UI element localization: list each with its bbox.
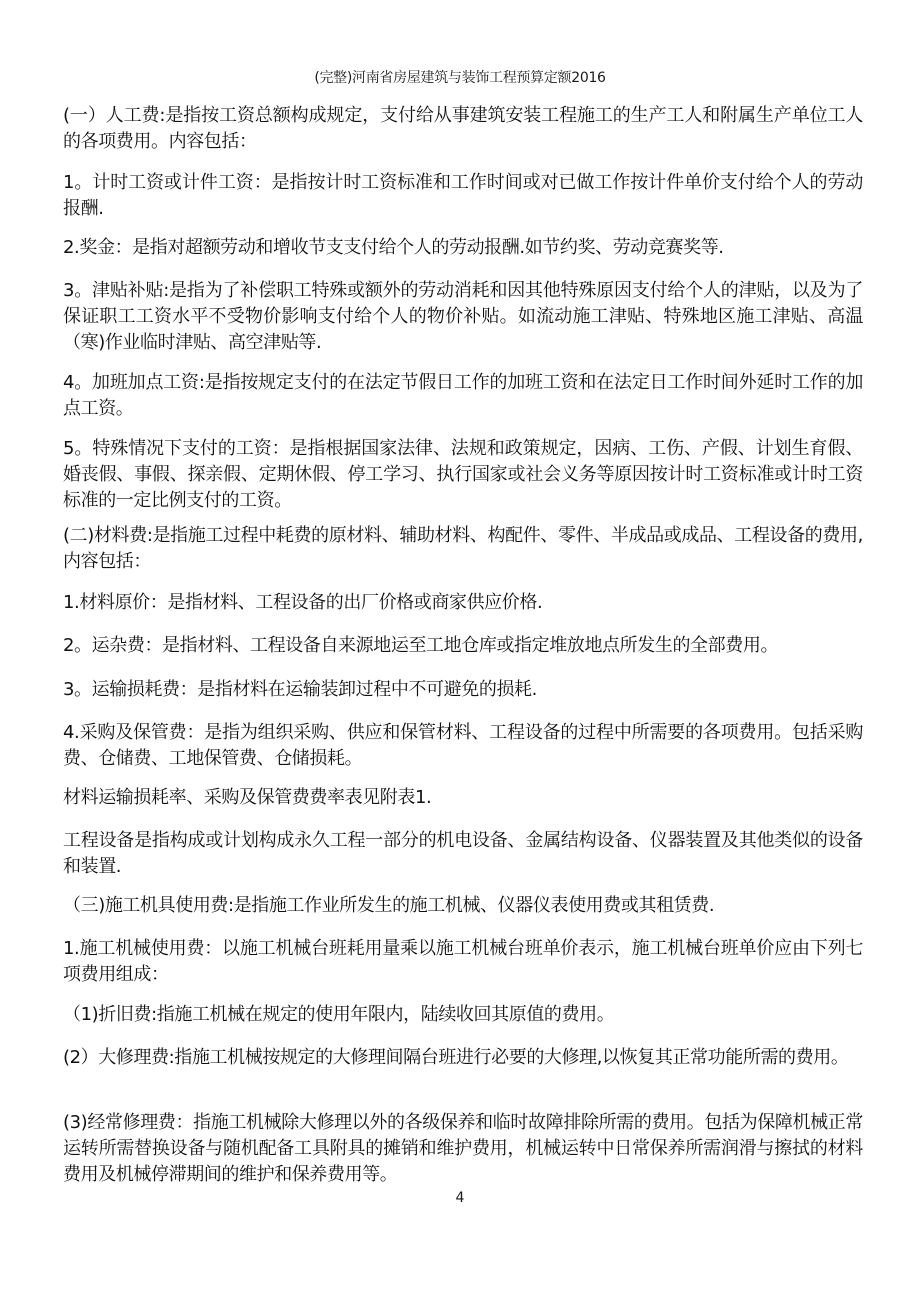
paragraph-material-2: 2。运杂费：是指材料、工程设备自来源地运至工地仓库或指定堆放地点所发生的全部费用… <box>63 633 863 659</box>
paragraph-material-3: 3。运输损耗费：是指材料在运输装卸过程中不可避免的损耗. <box>63 677 863 703</box>
page-header-title: (完整)河南省房屋建筑与装饰工程预算定额2016 <box>0 68 920 88</box>
page-number: 4 <box>0 1189 920 1207</box>
paragraph-material-note-2: 工程设备是指构成或计划构成永久工程一部分的机电设备、金属结构设备、仪器装置及其他… <box>63 828 863 880</box>
paragraph-machinery-1-1: （1)折旧费:指施工机械在规定的使用年限内，陆续收回其原值的费用。 <box>63 1002 863 1028</box>
paragraph-machinery-1: 1.施工机械使用费：以施工机械台班耗用量乘以施工机械台班单价表示，施工机械台班单… <box>63 936 863 988</box>
paragraph-machinery-cost: （三)施工机具使用费:是指施工作业所发生的施工机械、仪器仪表使用费或其租赁费. <box>63 893 863 919</box>
paragraph-material-4: 4.采购及保管费：是指为组织采购、供应和保管材料、工程设备的过程中所需要的各项费… <box>63 720 863 772</box>
paragraph-labor-2: 2.奖金：是指对超额劳动和增收节支支付给个人的劳动报酬.如节约奖、劳动竞赛奖等. <box>63 235 863 261</box>
paragraph-labor-4: 4。加班加点工资:是指按规定支付的在法定节假日工作的加班工资和在法定日工作时间外… <box>63 370 863 422</box>
paragraph-machinery-1-3: (3)经常修理费：指施工机械除大修理以外的各级保养和临时故障排除所需的费用。包括… <box>63 1110 863 1188</box>
paragraph-labor-5: 5。特殊情况下支付的工资：是指根据国家法律、法规和政策规定，因病、工伤、产假、计… <box>63 436 863 514</box>
paragraph-labor-1: 1。计时工资或计件工资：是指按计时工资标准和工作时间或对已做工作按计件单价支付给… <box>63 170 863 222</box>
paragraph-material-cost: (二)材料费:是指施工过程中耗费的原材料、辅助材料、构配件、零件、半成品或成品、… <box>63 523 863 575</box>
paragraph-material-1: 1.材料原价：是指材料、工程设备的出厂价格或商家供应价格. <box>63 590 863 616</box>
paragraph-labor-3: 3。津贴补贴:是指为了补偿职工特殊或额外的劳动消耗和因其他特殊原因支付给个人的津… <box>63 278 863 356</box>
paragraph-machinery-1-2: (2）大修理费:指施工机械按规定的大修理间隔台班进行必要的大修理,以恢复其正常功… <box>63 1045 863 1071</box>
paragraph-labor-cost: (一）人工费:是指按工资总额构成规定，支付给从事建筑安装工程施工的生产工人和附属… <box>63 103 863 155</box>
paragraph-material-note-1: 材料运输损耗率、采购及保管费费率表见附表1. <box>63 785 863 811</box>
